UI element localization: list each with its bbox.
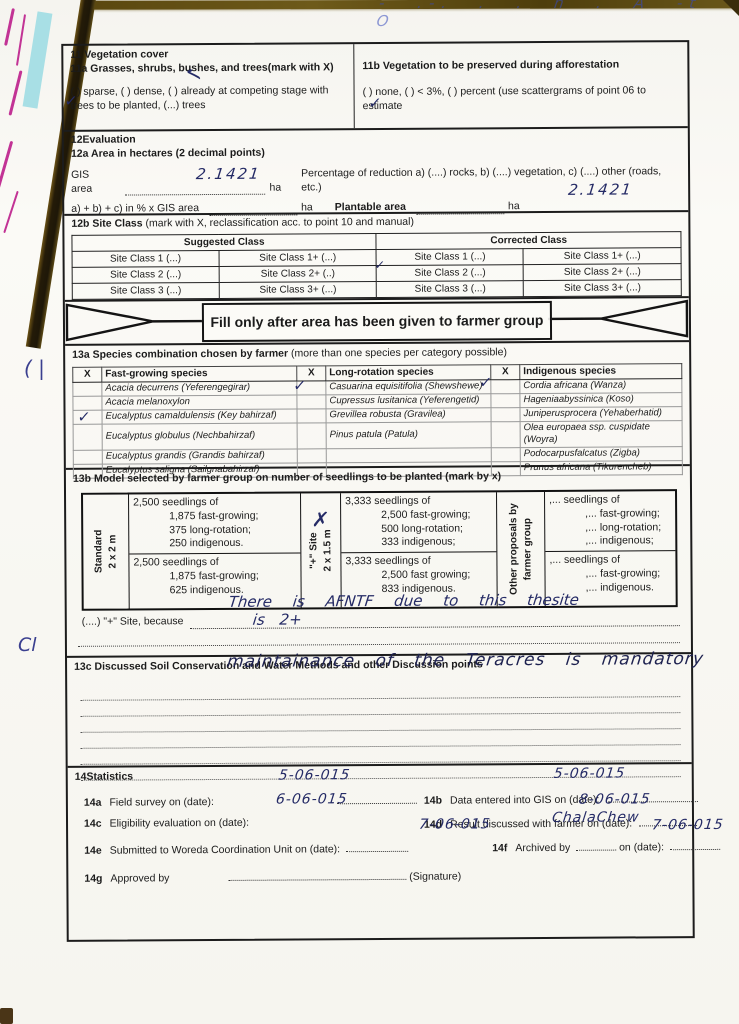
stat-14g: 14gApproved by (Signature): [84, 867, 461, 886]
site-class-cell: Site Class 3 (...): [377, 280, 524, 297]
banner-zone: Fill only after area has been given to f…: [65, 298, 689, 346]
site-class-cell: Site Class 2 (...): [72, 266, 219, 283]
other-label-line1: Other proposals by: [507, 503, 521, 595]
species-cell: Eucalyptus camaldulensis (Key bahirzaf): [102, 409, 297, 424]
seedling-line: ,... fast-growing;: [585, 507, 671, 521]
stat-14e: 14eSubmitted to Woreda Coordination Unit…: [84, 840, 408, 859]
signature-label: (Signature): [409, 870, 461, 882]
section-12b-title: 12b Site Class (mark with X, reclassific…: [71, 214, 681, 232]
field-12a-label: 12a Area in hectares (2 decimal points): [71, 144, 681, 162]
species-cell: Acacia melanoxylon: [102, 395, 297, 410]
site-class-cell: Site Class 2+ (...): [524, 264, 682, 281]
site-class-cell: Site Class 2 (...): [377, 264, 524, 281]
handwritten-check-sparse: ✓: [63, 92, 78, 112]
stat-14f: 14fArchived by on (date):: [492, 838, 720, 856]
handwritten-because-line2: is 2+: [252, 610, 303, 630]
handwritten-discussion-note: maintainance of the Teracres is mandator…: [226, 648, 705, 673]
handwritten-date-14e: 7-06-015: [418, 815, 492, 834]
suggested-class-header: Suggested Class: [72, 233, 377, 251]
stat-14f-date-blank: [670, 838, 720, 850]
afforestation-form: 11 Vegetation cover 11a Grasses, shrubs,…: [61, 40, 694, 942]
stat-14f-name-blank: [576, 839, 616, 851]
standard-label-line2: 2 x 2 m: [106, 534, 119, 568]
species-cell: Acacia decurrens (Yeferengegirar): [102, 381, 297, 396]
indigenous-header: Indigenous species: [520, 364, 682, 380]
seedling-line: ,... indigenous;: [585, 535, 671, 549]
field-11b-label: 11b Vegetation to be preserved during af…: [362, 58, 679, 74]
cutoff-blue-handwriting: - .-. . . n . A -t O: [375, 0, 739, 30]
species-cell: Olea europaea ssp. cuspidate (Woyra): [520, 421, 682, 448]
seedling-line: 2,500 seedlings of: [133, 495, 296, 510]
margin-pen-mark: ( |: [24, 356, 45, 380]
seedling-line: 2,500 seedlings of: [133, 556, 296, 571]
species-table: X Fast-growing species X Long-rotation s…: [72, 363, 683, 479]
stat-label: Submitted to Woreda Coordination Unit on…: [110, 843, 340, 856]
site-class-cell: Site Class 2+ (..): [219, 265, 377, 282]
seedling-line: 2,500 fast-growing;: [381, 508, 492, 523]
seedling-line: 250 indigenous.: [169, 537, 296, 552]
species-cell: Cordia africana (Wanza): [520, 379, 682, 394]
corrected-class-header: Corrected Class: [376, 232, 681, 250]
species-cell: Eucalyptus globulus (Nechbahirzaf): [102, 423, 297, 450]
standard-model-label: Standard 2 x 2 m: [83, 494, 130, 608]
species-cell: Grevillea robusta (Gravilea): [326, 408, 491, 423]
because-blank-line2: [78, 640, 680, 647]
handwritten-date-14f: 7-06-015: [651, 816, 725, 835]
handwritten-date-14c: 6-06-015: [275, 790, 349, 809]
plus-site-label-line1: "+" Site: [307, 532, 320, 569]
stat-label: Data entered into GIS on (date):: [450, 794, 599, 807]
stat-label: Approved by: [110, 872, 169, 884]
site-class-cell: Site Class 1 (...): [377, 248, 524, 265]
seedling-line: 3,333 seedlings of: [345, 494, 492, 509]
stat-label: Archived by: [515, 842, 570, 854]
species-cell: [326, 448, 491, 463]
seedling-line: ,... indigenous.: [586, 581, 672, 595]
scan-corner-artifact: [0, 1008, 13, 1024]
section-11a: 11 Vegetation cover 11a Grasses, shrubs,…: [63, 44, 355, 130]
seedling-line: 375 long-rotation;: [169, 523, 296, 538]
banner-text-box: Fill only after area has been given to f…: [202, 301, 552, 342]
other-proposals-cells: ,... seedlings of ,... fast-growing; ,..…: [545, 491, 676, 606]
stat-number: 14f: [492, 842, 507, 854]
handwritten-date-14b: 5-06-015: [553, 764, 627, 783]
section-14-statistics: 14Statistics 14aField survey on (date): …: [68, 764, 693, 896]
plus-site-label-line2: 2 x 1.5 m: [321, 529, 334, 571]
handwritten-date-14a: 5-06-015: [278, 766, 352, 785]
pink-pen-mark: [8, 70, 22, 115]
other-proposals-label: Other proposals by farmer group: [497, 492, 546, 606]
species-row: Eucalyptus globulus (Nechbahirzaf)Pinus …: [73, 421, 682, 451]
other-proposals-option1: ,... seedlings of ,... fast-growing; ,..…: [545, 491, 675, 552]
handwritten-check-none: ✓: [367, 94, 382, 114]
handwritten-check-hagenia: ✓: [478, 373, 493, 393]
handwritten-because-line1: There is AFNTF due to this thesite: [228, 591, 580, 613]
x-column-header: X: [491, 364, 520, 379]
stat-14b: 14bData entered into GIS on (date):: [424, 790, 699, 809]
other-label-line2: farmer group: [521, 518, 535, 580]
section-12b-title-bold: 12b Site Class: [71, 217, 142, 229]
underlying-doc-cyan-strip: [23, 11, 53, 108]
handwritten-check-eucalyptus-globulus: ✓: [76, 408, 91, 428]
seedling-line: 1,875 fast-growing;: [169, 509, 296, 524]
site-class-row: Site Class 3 (...) Site Class 3+ (...) S…: [72, 280, 681, 300]
handwritten-x-plus-site-model: ✗: [311, 506, 331, 533]
stat-14g-blank: [228, 868, 406, 881]
section-12b-title-rest: (mark with X, reclassification acc. to p…: [143, 216, 414, 230]
scanned-form-page: - .-. . . n . A -t O ( | Cl 11 Vegetatio…: [0, 0, 739, 1024]
long-rotation-header: Long-rotation species: [326, 365, 491, 381]
section-13a-title: 13a Species combination chosen by farmer…: [72, 345, 682, 363]
field-11a-options: ( ) sparse, ( ) dense, ( ) already at co…: [71, 84, 347, 113]
section-13b-title: 13b Model selected by farmer group on nu…: [73, 469, 683, 487]
species-cell: Podocarpusfalcatus (Zigba): [520, 447, 682, 462]
section-13a-title-bold: 13a Species combination chosen by farmer: [72, 348, 288, 361]
seedling-line: ,... long-rotation;: [585, 521, 671, 535]
section-13b-model: 13b Model selected by farmer group on nu…: [66, 466, 691, 658]
species-cell: Juniperusprocera (Yehaberhatid): [520, 407, 682, 422]
stat-14c: 14cEligibility evaluation on (date):: [84, 817, 249, 832]
standard-label-line1: Standard: [92, 530, 105, 573]
handwritten-check-cupressus: ✓: [292, 376, 307, 396]
handwritten-gis-area: 2.1421: [195, 165, 262, 185]
because-label: (....) "+" Site, because: [82, 615, 184, 629]
species-cell: Casuarina equisitifolia (Shewshewe): [326, 380, 491, 395]
gis-area-unit: ha: [269, 181, 281, 195]
seedling-line: 333 indigenous;: [381, 536, 492, 551]
species-cell: Eucalyptus grandis (Grandis bahirzaf): [102, 449, 297, 464]
stat-label: Field survey on (date):: [109, 796, 214, 809]
stat-number: 14a: [84, 797, 102, 809]
pink-pen-mark: [0, 141, 13, 200]
standard-model-option1: 2,500 seedlings of 1,875 fast-growing; 3…: [129, 493, 300, 554]
stat-label: Eligibility evaluation on (date):: [110, 817, 250, 830]
species-cell: Cupressus lusitanica (Yeferengetid): [326, 394, 491, 409]
site-class-cell: Site Class 3+ (...): [524, 280, 682, 297]
handwritten-plantable-area: 2.1421: [567, 180, 634, 200]
section-12-evaluation: 12Evaluation 12a Area in hectares (2 dec…: [64, 128, 689, 216]
stat-label: on (date):: [619, 841, 664, 853]
site-class-cell: Site Class 1+ (...): [219, 249, 377, 266]
fast-growing-header: Fast-growing species: [102, 366, 297, 382]
site-class-cell: Site Class 3+ (...): [219, 281, 377, 298]
stat-number: 14c: [84, 818, 102, 830]
handwritten-check-site-class-2plus: ✓: [374, 258, 386, 274]
stat-number: 14e: [84, 845, 102, 857]
section-11b: 11b Vegetation to be preserved during af…: [354, 42, 688, 128]
field-11a-label: 11a Grasses, shrubs, bushes, and trees(m…: [70, 61, 346, 77]
site-class-cell: Site Class 1+ (...): [523, 248, 681, 265]
plus-site-model-cells: 3,333 seedlings of 2,500 fast-growing; 5…: [341, 492, 498, 607]
pink-pen-mark: [4, 8, 15, 46]
species-cell: Hageniaabyssinica (Koso): [520, 393, 682, 408]
gis-area-label: GIS area: [71, 168, 113, 196]
site-class-cell: Site Class 3 (...): [72, 282, 219, 299]
seedling-line: 1,875 fast-growing;: [169, 570, 296, 585]
section-13a-title-rest: (more than one species per category poss…: [288, 346, 507, 359]
stat-number: 14b: [424, 795, 442, 807]
stat-14e-blank: [346, 840, 408, 852]
stat-14a: 14aField survey on (date):: [84, 792, 417, 811]
site-class-cell: Site Class 1 (...): [72, 250, 219, 267]
plus-site-because-row: (....) "+" Site, because: [82, 612, 680, 630]
stat-number: 14g: [84, 873, 102, 885]
field-11b-options: ( ) none, ( ) < 3%, ( ) percent (use sca…: [363, 84, 680, 114]
species-cell: Pinus patula (Patula): [326, 422, 491, 449]
handwritten-archived-by-name: ChalaChew: [551, 808, 641, 827]
seedling-line: 3,333 seedlings of: [345, 555, 492, 570]
plus-site-model-option1: 3,333 seedlings of 2,500 fast-growing; 5…: [341, 492, 496, 553]
seedling-line: 2,500 fast growing;: [381, 568, 492, 583]
margin-pen-mark: Cl: [18, 634, 37, 656]
section-11-vegetation-cover: 11 Vegetation cover 11a Grasses, shrubs,…: [63, 42, 688, 132]
pink-pen-mark: [16, 14, 26, 66]
pink-pen-mark: [3, 191, 18, 233]
gis-area-blank: [125, 183, 266, 196]
standard-model-cells: 2,500 seedlings of 1,875 fast-growing; 3…: [129, 493, 302, 608]
seedling-line: ,... seedlings of: [549, 554, 671, 569]
x-column-header: X: [73, 367, 102, 382]
section-13a-species: 13a Species combination chosen by farmer…: [65, 342, 690, 470]
handwritten-date-14d: 8-06-015: [578, 790, 652, 809]
seedling-line: 500 long-rotation;: [381, 522, 492, 537]
seedling-line: ,... fast-growing;: [585, 567, 671, 581]
seedling-line: ,... seedlings of: [549, 493, 671, 508]
stat-14a-blank: [337, 792, 417, 804]
